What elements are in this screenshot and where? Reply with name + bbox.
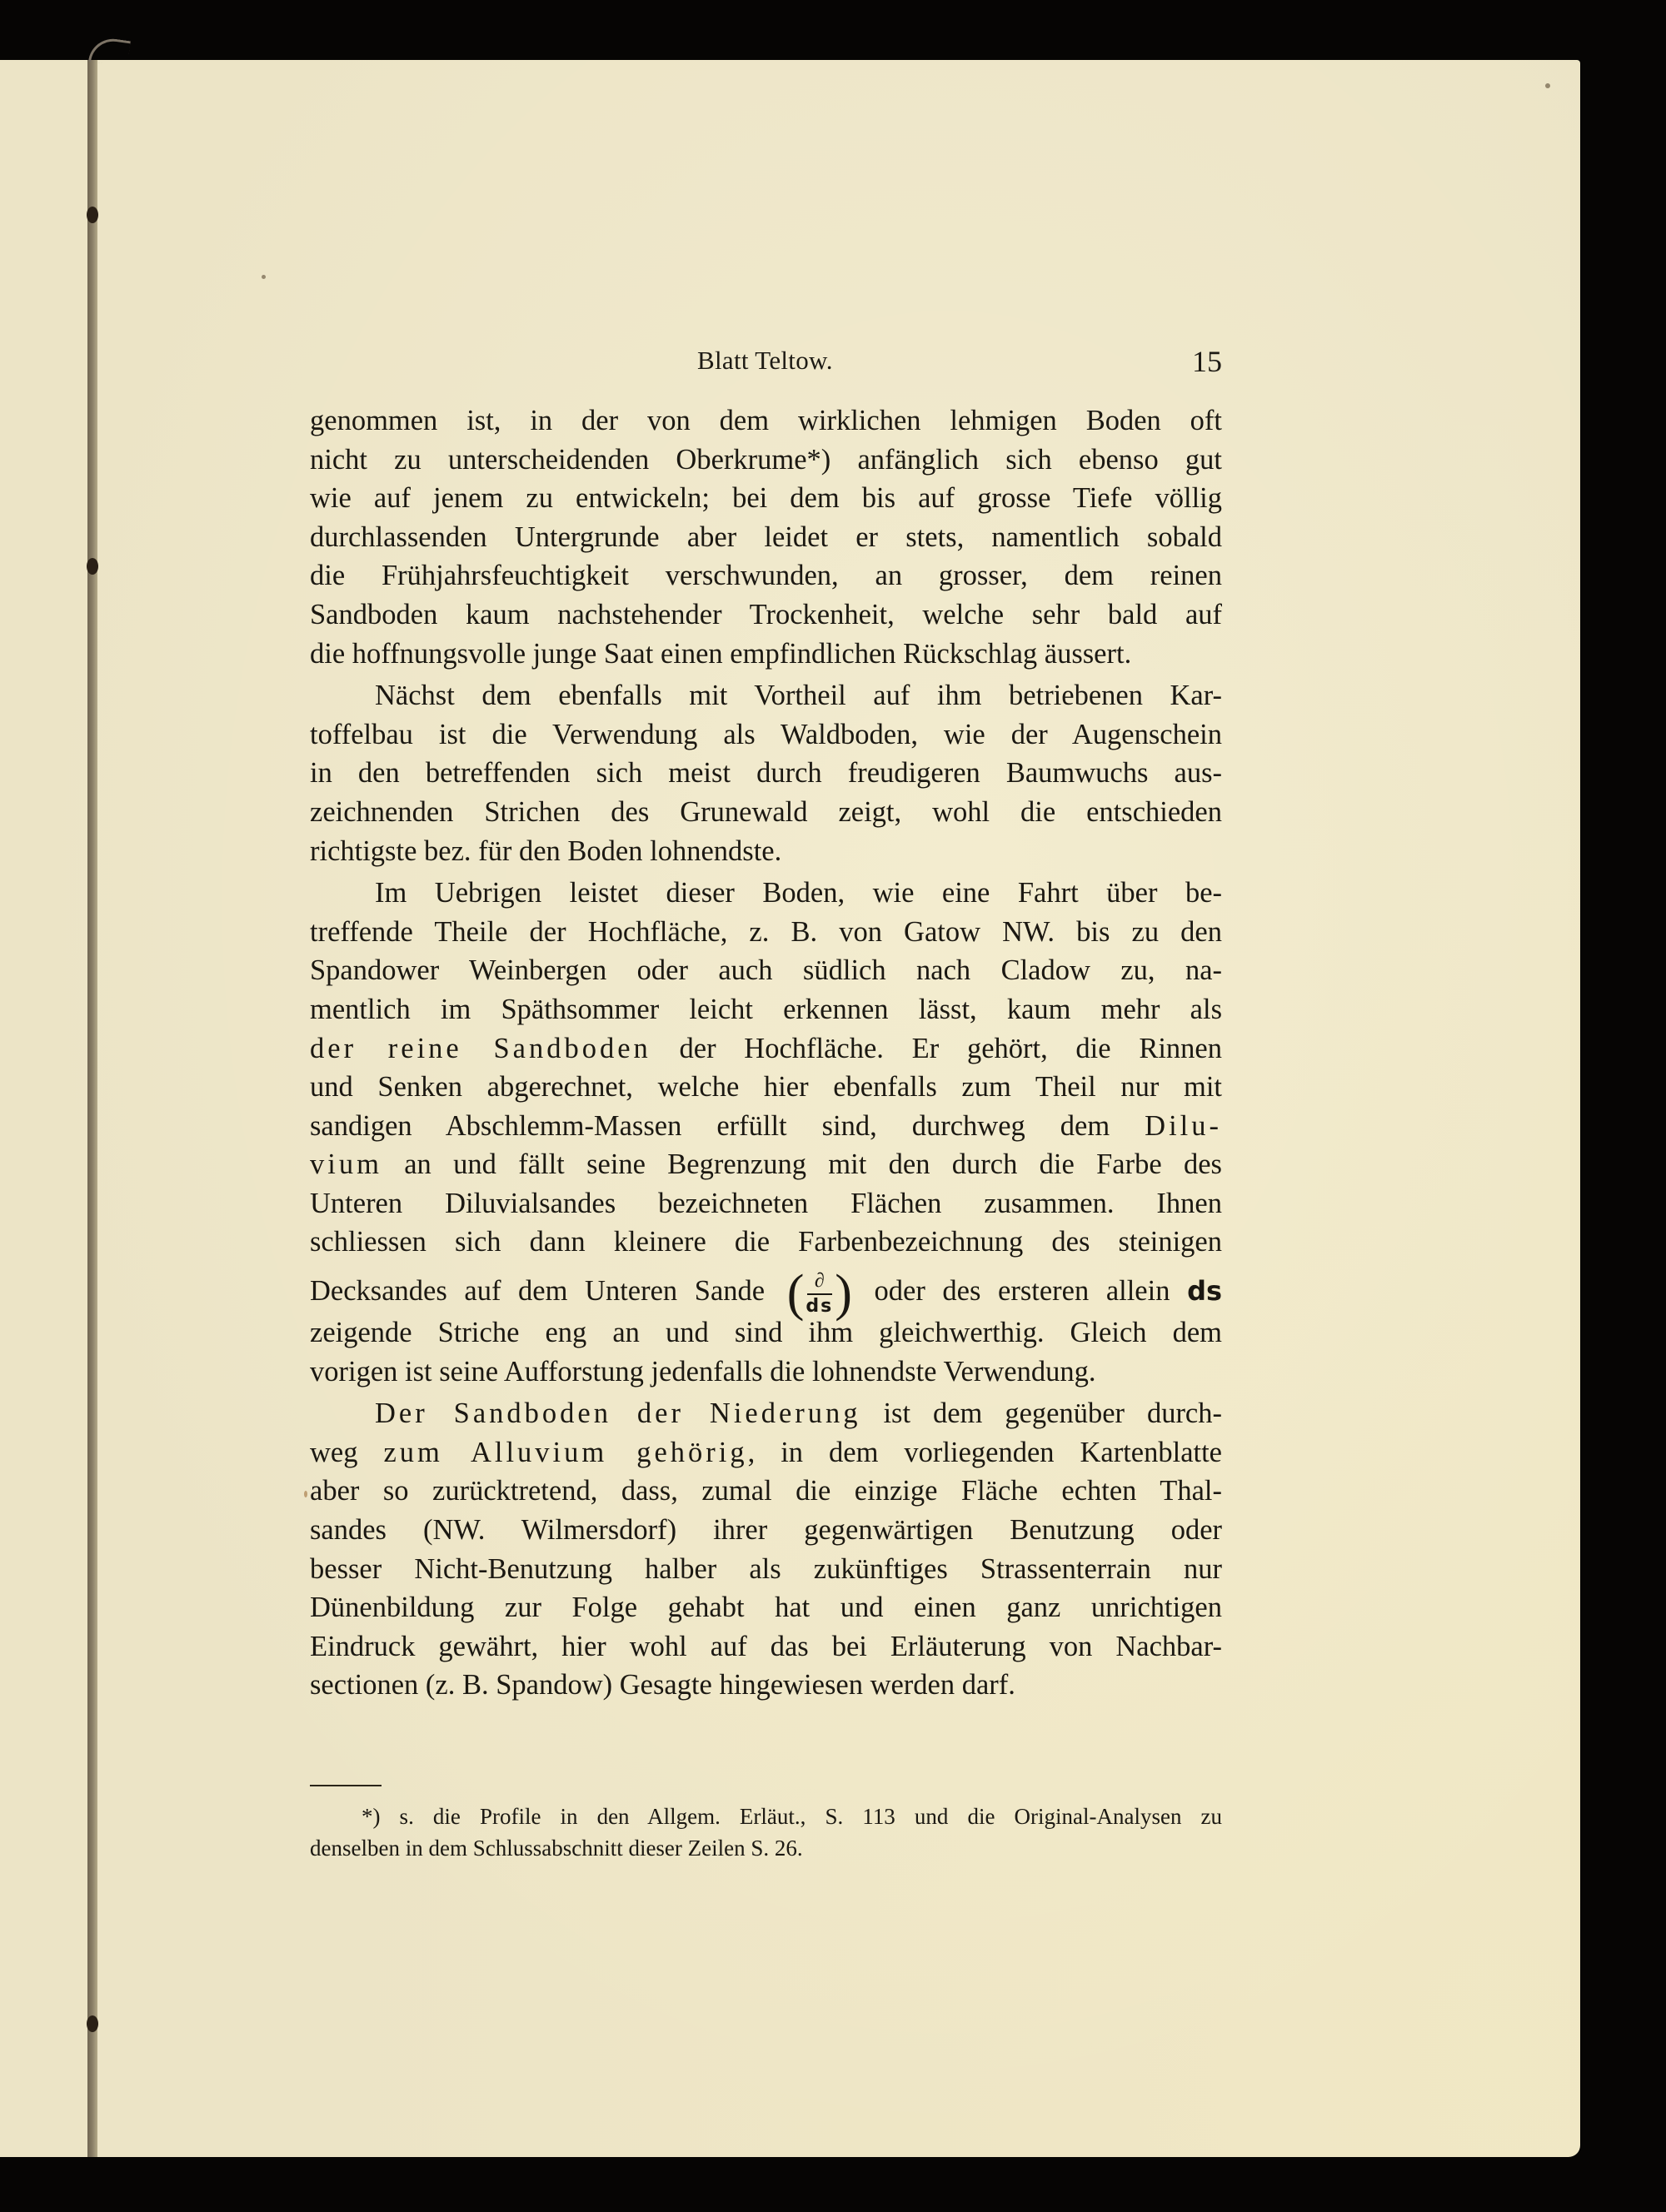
text-line: genommen ist, in der von dem wirklichen … <box>310 401 1222 441</box>
paragraph: Im Uebrigen leistet dieser Boden, wie ei… <box>310 874 1222 1391</box>
fraction-numerator: ∂ <box>815 1270 825 1292</box>
text-line: der reine Sandboden der Hochfläche. Er g… <box>310 1029 1222 1069</box>
page-number: 15 <box>1192 344 1222 379</box>
text-line: treffende Theile der Hochfläche, z. B. v… <box>310 913 1222 952</box>
paragraph: genommen ist, in der von dem wirklichen … <box>310 401 1222 673</box>
text-segment: , in dem vorliegenden Kartenblatte <box>748 1437 1222 1468</box>
text-line: Nächst dem ebenfalls mit Vortheil auf ih… <box>310 676 1222 715</box>
footnote-line: *) s. die Profile in den Allgem. Erläut.… <box>310 1801 1222 1832</box>
text-segment: der Hochfläche. Er gehört, die Rinnen <box>651 1033 1222 1064</box>
text-line: sandigen Abschlemm-Massen erfüllt sind, … <box>310 1107 1222 1146</box>
binding-stitch <box>87 2015 98 2032</box>
text-line: die hoffnungsvolle junge Saat einen empf… <box>310 635 1222 674</box>
book-gutter <box>87 60 97 2157</box>
text-segment: ist dem gegenüber durch- <box>861 1397 1222 1429</box>
footnote-line: denselben in dem Schlussabschnitt dieser… <box>310 1832 1222 1864</box>
text-line: durchlassenden Untergrunde aber leidet e… <box>310 518 1222 557</box>
emphasized-text: Dilu- <box>1145 1110 1222 1142</box>
paragraph: Der Sandboden der Niederung ist dem gege… <box>310 1394 1222 1705</box>
text-line: Der Sandboden der Niederung ist dem gege… <box>310 1394 1222 1433</box>
map-symbol-fraction: (∂ds) <box>787 1268 852 1319</box>
binding-stitch <box>87 558 98 575</box>
emphasized-text: der reine Sandboden <box>310 1033 651 1064</box>
page-header: Blatt Teltow. 15 <box>310 337 1222 387</box>
text-line: nicht zu unterscheidenden Oberkrume*) an… <box>310 441 1222 480</box>
text-segment: weg <box>310 1437 383 1468</box>
text-line: Spandower Weinbergen oder auch südlich n… <box>310 951 1222 990</box>
text-line: vorigen ist seine Aufforstung jedenfalls… <box>310 1353 1222 1392</box>
text-line: sectionen (z. B. Spandow) Gesagte hingew… <box>310 1666 1222 1705</box>
text-segment: sandigen Abschlemm-Massen erfüllt sind, … <box>310 1110 1145 1142</box>
text-line: Dünenbildung zur Folge gehabt hat und ei… <box>310 1588 1222 1627</box>
text-segment: an und fällt seine Begrenzung mit den du… <box>382 1148 1222 1180</box>
text-line: die Frühjahrsfeuchtigkeit verschwunden, … <box>310 556 1222 595</box>
emphasized-text: zum Alluvium gehörig <box>383 1437 747 1468</box>
text-line: Unteren Diluvialsandes bezeichneten Fläc… <box>310 1184 1222 1223</box>
text-segment: Decksandes auf dem Unteren Sande <box>310 1275 765 1307</box>
footnote: *) s. die Profile in den Allgem. Erläut.… <box>310 1801 1222 1864</box>
running-title: Blatt Teltow. <box>697 346 833 376</box>
paper-speck <box>1545 83 1550 88</box>
text-line: Eindruck gewährt, hier wohl auf das bei … <box>310 1627 1222 1666</box>
text-line: wie auf jenem zu entwickeln; bei dem bis… <box>310 479 1222 518</box>
text-line: sandes (NW. Wilmersdorf) ihrer gegenwärt… <box>310 1511 1222 1550</box>
text-line: vium an und fällt seine Begrenzung mit d… <box>310 1145 1222 1184</box>
text-line: aber so zurücktretend, dass, zumal die e… <box>310 1472 1222 1511</box>
text-line: zeichnenden Strichen des Grunewald zeigt… <box>310 793 1222 832</box>
body-text: genommen ist, in der von dem wirklichen … <box>310 401 1222 1705</box>
paragraph: Nächst dem ebenfalls mit Vortheil auf ih… <box>310 676 1222 870</box>
text-line: toffelbau ist die Verwendung als Waldbod… <box>310 715 1222 755</box>
emphasized-text: Der Sandboden der Niederung <box>375 1397 861 1429</box>
text-line: weg zum Alluvium gehörig, in dem vorlieg… <box>310 1433 1222 1472</box>
text-line: in den betreffenden sich meist durch fre… <box>310 754 1222 793</box>
text-segment: oder des ersteren allein <box>875 1275 1170 1307</box>
fraction-denominator: ds <box>806 1297 833 1317</box>
paper-speck <box>304 1491 307 1497</box>
text-line: zeigende Striche eng an und sind ihm gle… <box>310 1313 1222 1353</box>
text-line: Sandboden kaum nachstehender Trockenheit… <box>310 595 1222 635</box>
map-symbol: ds <box>1187 1275 1222 1307</box>
binding-stitch <box>87 207 98 223</box>
text-line: mentlich im Späthsommer leicht erkennen … <box>310 990 1222 1029</box>
binding-thread <box>88 36 131 67</box>
text-line: und Senken abgerechnet, welche hier eben… <box>310 1068 1222 1107</box>
text-line-with-symbol: Decksandes auf dem Unteren Sande (∂ds) o… <box>310 1263 1222 1318</box>
paper-speck <box>262 275 266 279</box>
text-line: richtigste bez. für den Boden lohnendste… <box>310 832 1222 871</box>
footnote-divider <box>310 1785 382 1786</box>
emphasized-text: vium <box>310 1148 382 1180</box>
text-line: Im Uebrigen leistet dieser Boden, wie ei… <box>310 874 1222 913</box>
text-line: besser Nicht-Benutzung halber als zukünf… <box>310 1550 1222 1589</box>
text-line: schliessen sich dann kleinere die Farben… <box>310 1223 1222 1262</box>
